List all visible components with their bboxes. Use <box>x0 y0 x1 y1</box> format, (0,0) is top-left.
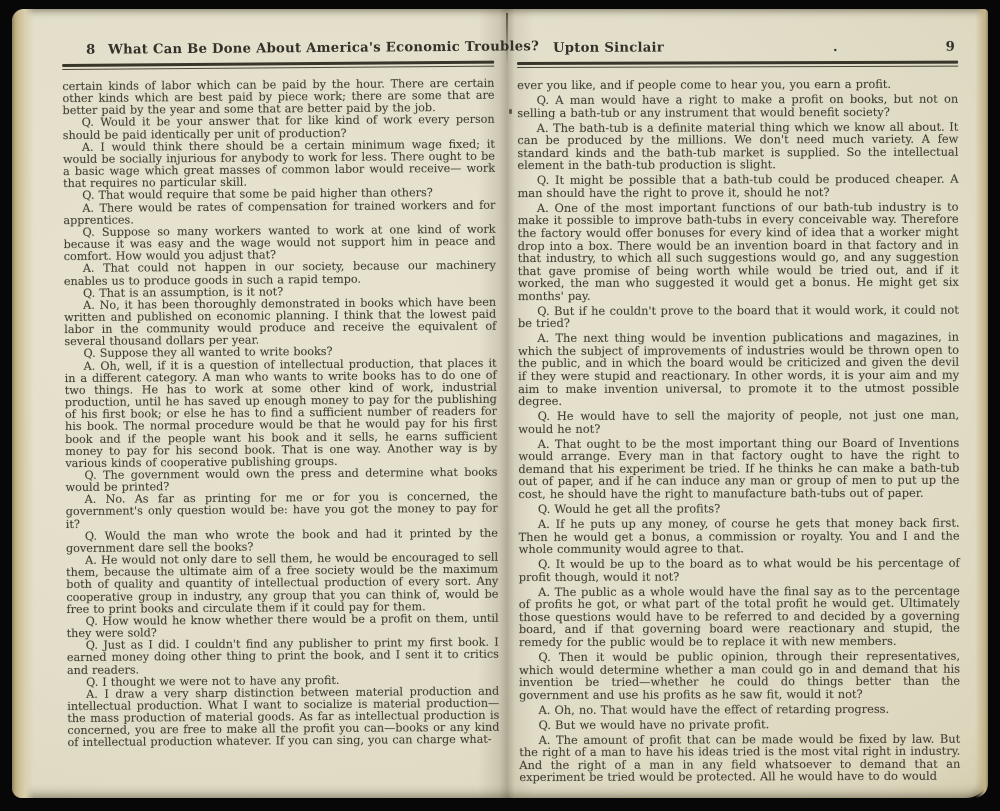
page-stack-edge-right <box>974 9 988 798</box>
paragraph: Q. Suppose so many workers wanted to wor… <box>63 223 495 263</box>
page-right: Upton Sinclair . 9 ever you like, and if… <box>517 40 960 784</box>
paragraph: A. If he puts up any money, of course he… <box>518 517 959 556</box>
paragraph: certain kinds of labor which can be paid… <box>62 78 494 118</box>
paragraph: A. I would think there should be a certa… <box>63 138 495 190</box>
page-right-header: Upton Sinclair . 9 <box>517 40 958 58</box>
paragraph: A. That ought to be the most important t… <box>518 436 959 500</box>
paragraph: A. One of the most important functions o… <box>518 201 959 303</box>
paragraph: A. The amount of profit that can be made… <box>519 732 960 784</box>
page-left-body: certain kinds of labor which can be paid… <box>62 78 499 750</box>
paragraph: A. Oh, no. That would have the effect of… <box>519 702 960 716</box>
paragraph: Q. But we would have no private profit. <box>519 717 960 731</box>
paragraph: A. The public as a whole would have the … <box>519 584 960 648</box>
paragraph: Q. But if he couldn't prove to the board… <box>518 303 959 329</box>
paragraph: Q. It would be up to the board as to wha… <box>519 557 960 583</box>
paragraph: Q. He would have to sell the majority of… <box>518 409 959 435</box>
paragraph: Q. Would he get all the profits? <box>518 502 959 516</box>
running-title-left: What Can Be Done About America's Economi… <box>62 40 494 58</box>
running-title-right: Upton Sinclair <box>553 41 664 56</box>
paragraph: A. Oh, well, if it is a question of inte… <box>64 357 497 470</box>
paragraph: A. The bath-tub is a definite material t… <box>517 120 958 172</box>
paragraph: Q. Just as I did. I couldn't find any pu… <box>67 637 499 677</box>
page-left-header: 8 What Can Be Done About America's Econo… <box>62 40 494 60</box>
page-stack-edge-left <box>12 9 34 798</box>
paragraph: ever you like, and if people come to hea… <box>517 78 958 92</box>
paragraph: A. No. As far as printing for me or for … <box>66 491 498 531</box>
paragraph: A. No, it has been thoroughly demonstrat… <box>64 296 496 348</box>
paragraph: Q. A man would have a right to make a pr… <box>517 93 958 119</box>
page-left: 8 What Can Be Done About America's Econo… <box>62 40 500 750</box>
page-number-left: 8 <box>86 43 96 58</box>
page-number-right: 9 <box>946 40 955 55</box>
paragraph: A. That could not happen in our society,… <box>64 260 496 288</box>
scan-speck <box>509 109 512 114</box>
header-dot: . <box>833 40 838 55</box>
paragraph: A. I draw a very sharp distinction betwe… <box>67 685 499 749</box>
header-rule-thick <box>517 61 958 65</box>
paragraph: Q. Then it would be public opinion, thro… <box>519 650 960 702</box>
page-right-body: ever you like, and if people come to hea… <box>517 78 960 784</box>
paragraph: A. The next thing would be invention pub… <box>518 331 959 408</box>
paragraph: A. He would not only dare to sell them, … <box>66 552 498 616</box>
header-rule-thin <box>517 66 958 68</box>
paragraph: Q. It might be possible that a bath-tub … <box>517 173 958 199</box>
open-book-scan: 8 What Can Be Done About America's Econo… <box>12 9 988 798</box>
